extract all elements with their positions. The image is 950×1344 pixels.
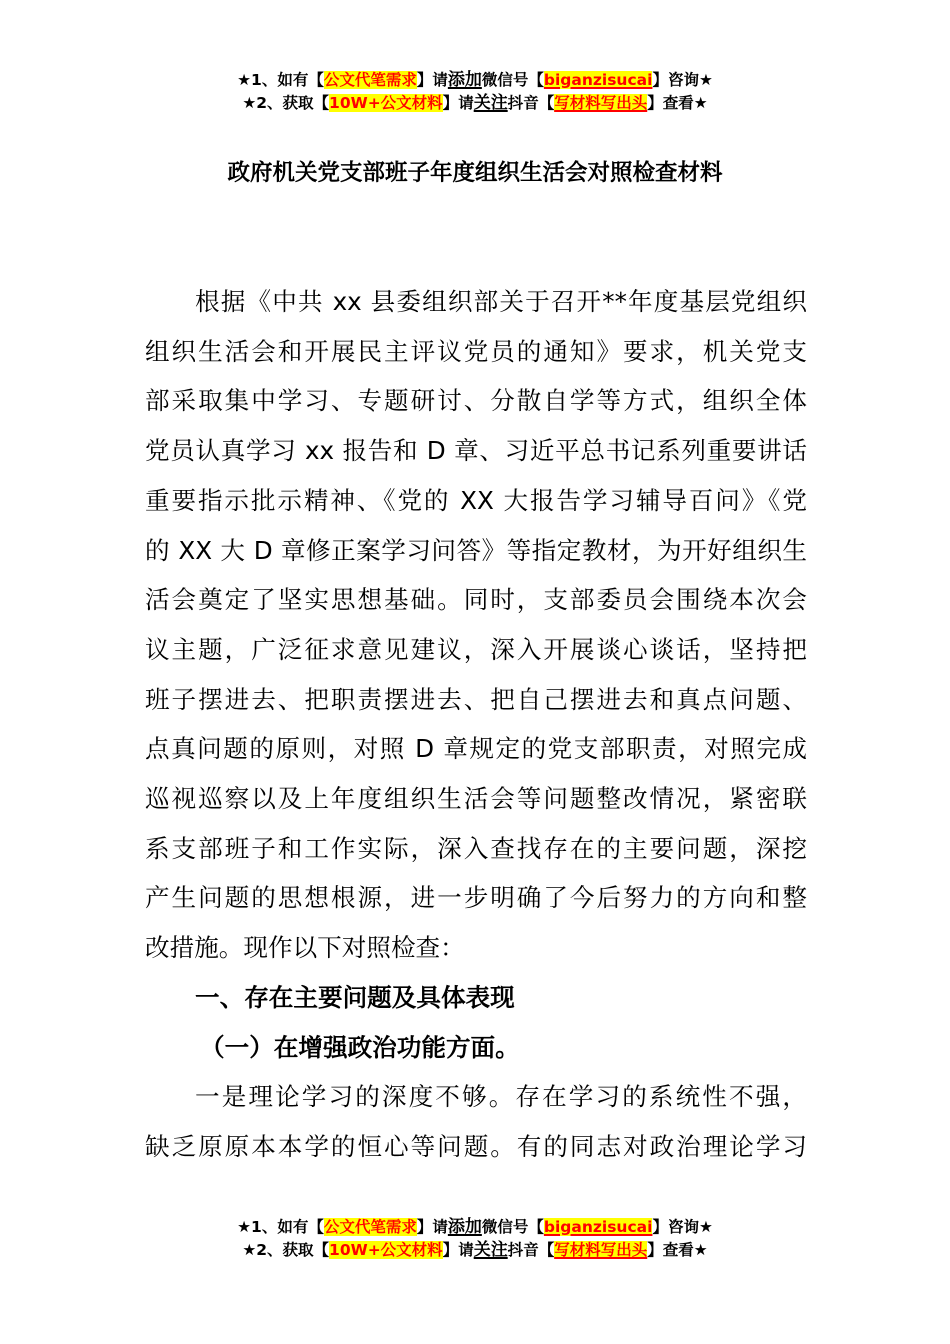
- star-icon: ★: [699, 1218, 713, 1236]
- text-line: 缺乏原原本本学的恒心等问题。有的同志对政治理论学习: [145, 1122, 807, 1172]
- promo-text: 】请: [417, 71, 448, 89]
- promo-header: ★1、如有【公文代笔需求】请添加微信号【biganzisucai】咨询★ ★2、…: [0, 69, 950, 115]
- highlight-materials: 10W+公文材料: [329, 94, 443, 112]
- star-icon: ★: [242, 1241, 256, 1259]
- text-line: 改措施。现作以下对照检查：: [145, 923, 807, 973]
- promo-text: 】请: [443, 1241, 474, 1259]
- highlight-service: 公文代笔需求: [324, 1218, 417, 1236]
- text-line: 组织生活会和开展民主评议党员的通知》要求，机关党支: [145, 327, 807, 377]
- star-icon: ★: [237, 1218, 251, 1236]
- text-line: 重要指示批示精神、《党的 XX 大报告学习辅导百问》《党: [145, 476, 807, 526]
- promo-text: 1、如有【: [251, 1218, 324, 1236]
- highlight-wechat-id[interactable]: biganzisucai: [544, 1218, 653, 1236]
- promo-text: 1、如有【: [251, 71, 324, 89]
- star-icon: ★: [242, 94, 256, 112]
- promo-text: 2、获取【: [256, 1241, 329, 1259]
- promo-text: 2、获取【: [256, 94, 329, 112]
- promo-text: 】咨询: [652, 1218, 699, 1236]
- promo-line-2: ★2、获取【10W+公文材料】请关注抖音【写材料写出头】查看★: [0, 92, 950, 115]
- promo-text: 微信号【: [482, 1218, 544, 1236]
- promo-line-1: ★1、如有【公文代笔需求】请添加微信号【biganzisucai】咨询★: [0, 1216, 950, 1239]
- promo-text: 抖音【: [508, 1241, 555, 1259]
- promo-footer: ★1、如有【公文代笔需求】请添加微信号【biganzisucai】咨询★ ★2、…: [0, 1216, 950, 1262]
- text-line: 产生问题的思想根源，进一步明确了今后努力的方向和整: [145, 873, 807, 923]
- document-body: 根据《中共 xx 县委组织部关于召开**年度基层党组织 组织生活会和开展民主评议…: [145, 277, 807, 1172]
- emphasis-add: 添加: [448, 70, 482, 90]
- star-icon: ★: [237, 71, 251, 89]
- highlight-douyin-account[interactable]: 写材料写出头: [554, 1241, 647, 1259]
- intro-paragraph: 根据《中共 xx 县委组织部关于召开**年度基层党组织 组织生活会和开展民主评议…: [145, 277, 807, 973]
- text-line: 的 XX 大 D 章修正案学习问答》等指定教材，为开好组织生: [145, 526, 807, 576]
- promo-text: 微信号【: [482, 71, 544, 89]
- paragraph-theory-study: 一是理论学习的深度不够。存在学习的系统性不强， 缺乏原原本本学的恒心等问题。有的…: [145, 1072, 807, 1171]
- highlight-wechat-id[interactable]: biganzisucai: [544, 71, 653, 89]
- promo-text: 】查看: [647, 94, 694, 112]
- text-line: 党员认真学习 xx 报告和 D 章、习近平总书记系列重要讲话: [145, 426, 807, 476]
- text-line: 部采取集中学习、专题研讨、分散自学等方式，组织全体: [145, 376, 807, 426]
- text-line: 活会奠定了坚实思想基础。同时，支部委员会围绕本次会: [145, 575, 807, 625]
- highlight-materials: 10W+公文材料: [329, 1241, 443, 1259]
- highlight-douyin-account[interactable]: 写材料写出头: [554, 94, 647, 112]
- promo-line-1: ★1、如有【公文代笔需求】请添加微信号【biganzisucai】咨询★: [0, 69, 950, 92]
- section-heading-2: （一）在增强政治功能方面。: [145, 1023, 807, 1073]
- promo-text: 抖音【: [508, 94, 555, 112]
- highlight-service: 公文代笔需求: [324, 71, 417, 89]
- star-icon: ★: [694, 94, 708, 112]
- promo-text: 】请: [417, 1218, 448, 1236]
- text-line: 巡视巡察以及上年度组织生活会等问题整改情况，紧密联: [145, 774, 807, 824]
- document-title: 政府机关党支部班子年度组织生活会对照检查材料: [0, 156, 950, 190]
- text-line: 班子摆进去、把职责摆进去、把自己摆进去和真点问题、: [145, 675, 807, 725]
- text-line: 一是理论学习的深度不够。存在学习的系统性不强，: [145, 1072, 807, 1122]
- emphasis-add: 添加: [448, 1217, 482, 1237]
- promo-text: 】咨询: [652, 71, 699, 89]
- text-line: 根据《中共 xx 县委组织部关于召开**年度基层党组织: [145, 277, 807, 327]
- emphasis-follow: 关注: [474, 93, 508, 113]
- text-line: 点真问题的原则，对照 D 章规定的党支部职责，对照完成: [145, 724, 807, 774]
- text-line: 系支部班子和工作实际，深入查找存在的主要问题，深挖: [145, 824, 807, 874]
- promo-text: 】查看: [647, 1241, 694, 1259]
- star-icon: ★: [694, 1241, 708, 1259]
- text-line: 议主题，广泛征求意见建议，深入开展谈心谈话，坚持把: [145, 625, 807, 675]
- emphasis-follow: 关注: [474, 1240, 508, 1260]
- star-icon: ★: [699, 71, 713, 89]
- heading-text: （一）在增强政治功能方面。: [145, 1023, 807, 1073]
- section-heading-1: 一、存在主要问题及具体表现: [145, 973, 807, 1023]
- promo-line-2: ★2、获取【10W+公文材料】请关注抖音【写材料写出头】查看★: [0, 1239, 950, 1262]
- heading-text: 一、存在主要问题及具体表现: [145, 973, 807, 1023]
- promo-text: 】请: [443, 94, 474, 112]
